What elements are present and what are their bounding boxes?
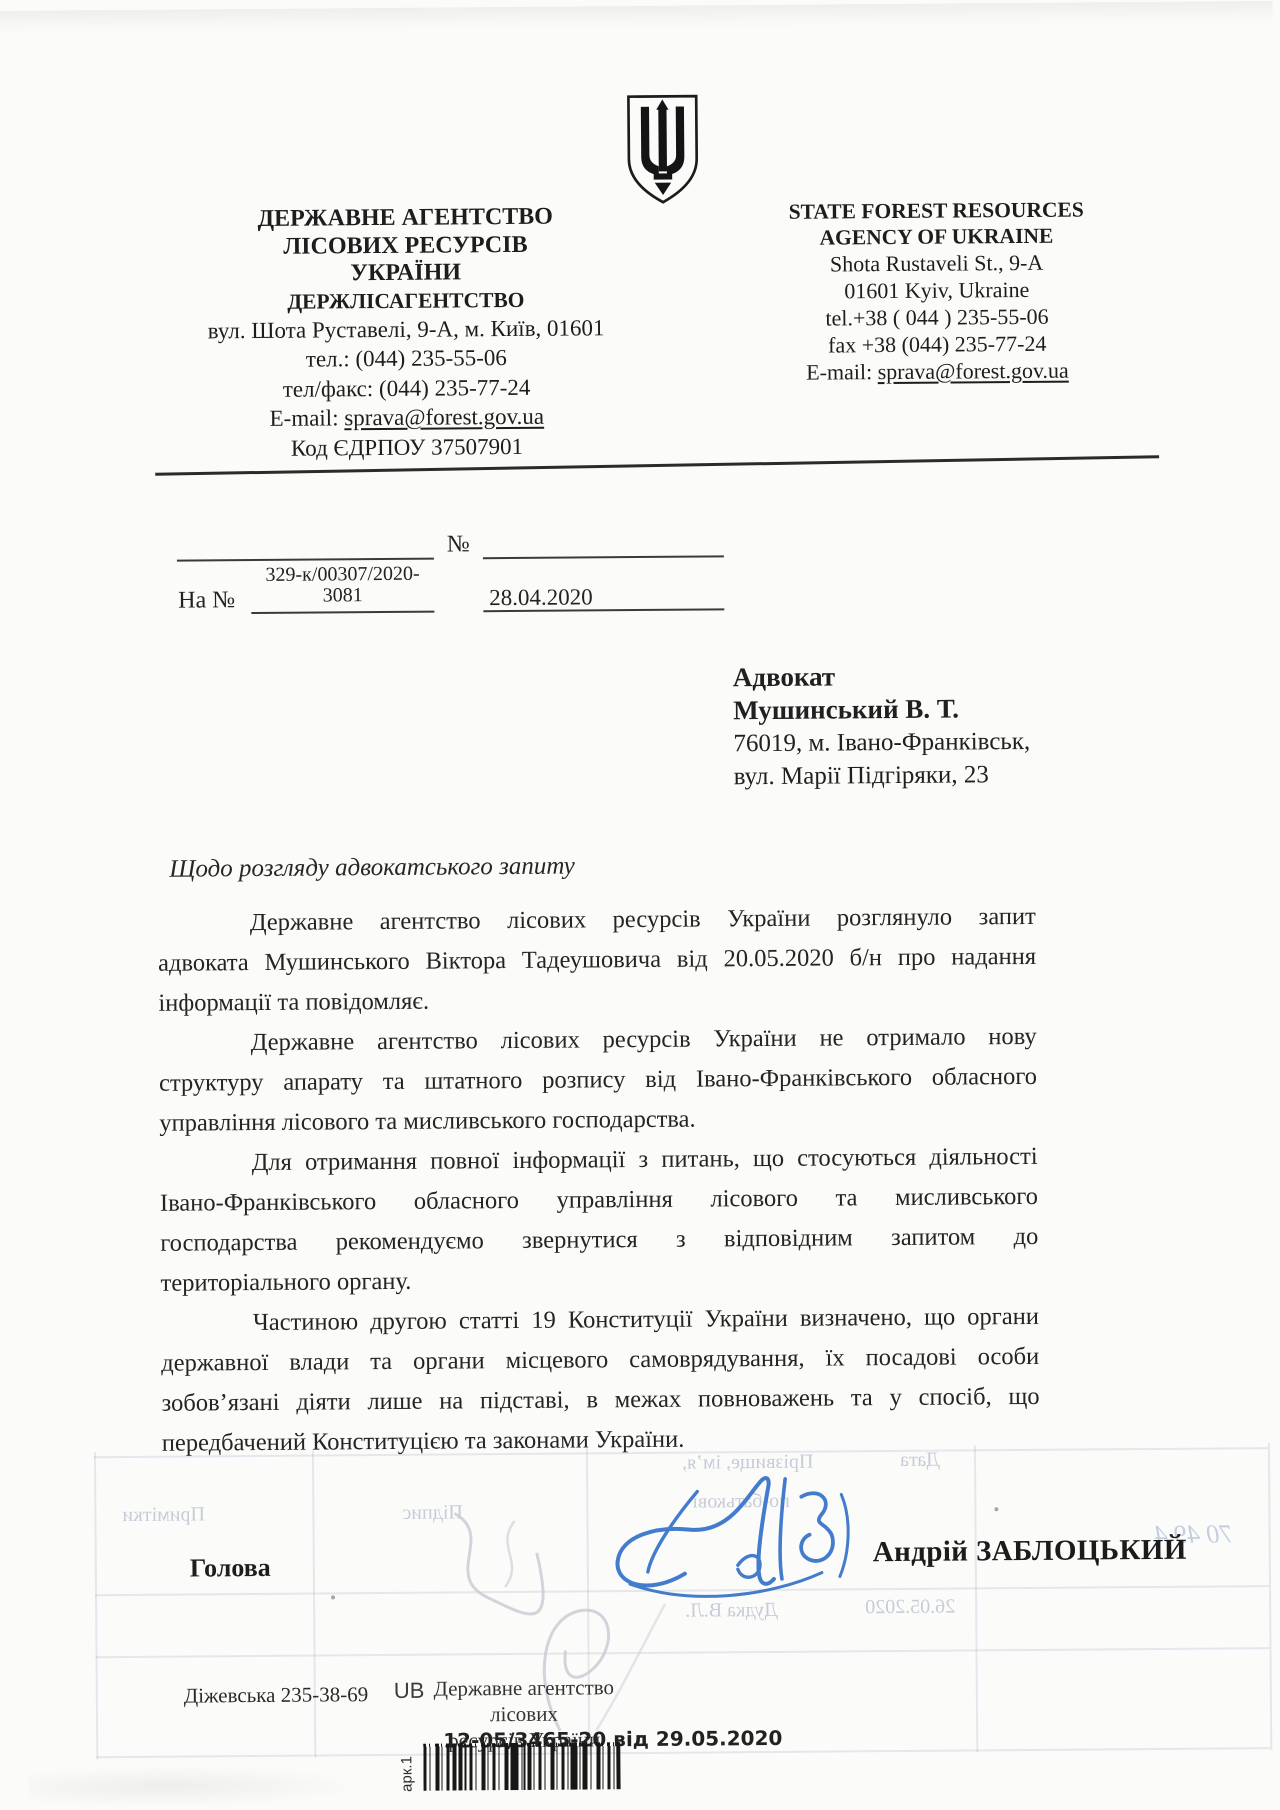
org-name-ua: ЛІСОВИХ РЕСУРСІВ: [159, 230, 651, 261]
registration-stamp-code: UB: [394, 1678, 425, 1704]
org-name-en: STATE FOREST RESOURCES: [736, 196, 1136, 225]
incoming-ref-number: 329-к/00307/2020- 3081: [251, 564, 434, 607]
bleedthrough-grid-line: [312, 1451, 316, 1758]
body-line: структуру апарату та штатного розпису ві…: [159, 1057, 1037, 1104]
org-phone-en: tel.+38 ( 044 ) 235-55-06: [737, 302, 1137, 332]
email-label: E-mail:: [806, 359, 878, 385]
incoming-ref-label: На №: [178, 587, 235, 614]
body-line: державної влади та органи місцевого само…: [161, 1337, 1039, 1384]
outgoing-date-blank-line: [483, 555, 724, 559]
letter-body: Державне агентство лісових ресурсів Укра…: [158, 897, 1040, 1464]
body-line: зобов’язані діяти лише на підставі, в ме…: [161, 1377, 1039, 1424]
org-phone-ua: тел.: (044) 235-55-06: [160, 342, 652, 375]
org-fax-ua: тел/факс: (044) 235-77-24: [160, 371, 652, 404]
number-sign-label: №: [447, 531, 470, 558]
addressee-address: 76019, м. Івано-Франківськ,: [733, 725, 1030, 760]
incoming-ref-date: 28.04.2020: [489, 584, 593, 611]
bleedthrough-grid-line: [1268, 1443, 1272, 1750]
outgoing-number-blank-line: [177, 558, 434, 562]
incoming-ref-number-line1: 329-к/00307/2020-: [251, 564, 434, 586]
bleedthrough-grid-line: [94, 1452, 98, 1759]
addressee-name: Мушинський В. Т.: [733, 692, 1030, 727]
bleedthrough-text: Примітки: [122, 1503, 205, 1527]
handwritten-signature: [589, 1460, 880, 1617]
body-line: Для отримання повної інформації з питань…: [160, 1137, 1038, 1184]
org-fax-en: fax +38 (044) 235-77-24: [737, 329, 1137, 359]
executor-name-phone: Діжевська 235-38-69: [184, 1682, 369, 1708]
incoming-number-line: [251, 611, 434, 614]
org-name-en: AGENCY OF UKRAINE: [736, 222, 1136, 251]
scan-artifact: [0, 1, 1273, 35]
scan-artifact: [28, 1764, 368, 1809]
sender-block-ua: ДЕРЖАВНЕ АГЕНТСТВО ЛІСОВИХ РЕСУРСІВ УКРА…: [159, 203, 653, 464]
ukraine-trident-shield-icon: [624, 92, 701, 209]
incoming-ref-number-line2: 3081: [251, 585, 434, 607]
scan-artifact: [994, 1507, 998, 1511]
org-address-en: 01601 Kyiv, Ukraine: [737, 275, 1137, 305]
signer-title: Голова: [190, 1553, 271, 1584]
body-line: адвоката Мушинського Віктора Тадеушовича…: [158, 937, 1036, 984]
addressee-address: вул. Марії Підгіряки, 23: [734, 758, 1031, 793]
body-line: управління лісового та мисливського госп…: [159, 1097, 1037, 1144]
email-label: E-mail:: [269, 405, 344, 431]
org-address-ua: вул. Шота Руставелі, 9-А, м. Київ, 01601: [160, 312, 652, 345]
org-email-en: E-mail: sprava@forest.gov.ua: [737, 356, 1137, 386]
body-line: Державне агентство лісових ресурсів Укра…: [158, 897, 1036, 944]
body-line: інформації та повідомляє.: [158, 977, 1036, 1024]
body-line: Івано-Франківського обласного управління…: [160, 1177, 1038, 1224]
body-line: господарства рекомендуємо звернутися з в…: [160, 1217, 1038, 1264]
addressee-role: Адвокат: [733, 659, 1030, 694]
signer-name: Андрій ЗАБЛОЦЬКИЙ: [873, 1534, 1187, 1569]
scan-artifact: [331, 1595, 335, 1599]
body-line: територіального органу.: [160, 1257, 1038, 1304]
org-name-ua: ДЕРЖАВНЕ АГЕНТСТВО: [159, 203, 651, 234]
org-email-ua: E-mail: sprava@forest.gov.ua: [161, 401, 653, 434]
subject-line: Щодо розгляду адвокатського запиту: [169, 853, 575, 884]
sheet-count-label: арк.1: [398, 1744, 415, 1792]
org-short-name: ДЕРЖЛІСАГЕНТСТВО: [160, 285, 652, 316]
email-address: sprava@forest.gov.ua: [878, 358, 1069, 385]
sender-block-en: STATE FOREST RESOURCES AGENCY OF UKRAINE…: [736, 196, 1137, 386]
org-address-en: Shota Rustaveli St., 9-A: [737, 248, 1137, 278]
bleedthrough-text: Дата: [900, 1449, 940, 1472]
body-line: Державне агентство лісових ресурсів Укра…: [159, 1017, 1037, 1064]
registration-barcode: [423, 1742, 620, 1791]
scanned-letter-page: ДЕРЖАВНЕ АГЕНТСТВО ЛІСОВИХ РЕСУРСІВ УКРА…: [0, 0, 1280, 1810]
registration-stamp-org-line: Державне агентство лісових: [426, 1674, 622, 1728]
org-name-ua: УКРАЇНИ: [160, 258, 652, 289]
email-address: sprava@forest.gov.ua: [344, 404, 544, 431]
body-line: Частиною другою статті 19 Конституції Ук…: [161, 1297, 1039, 1344]
bleedthrough-grid-line: [974, 1445, 978, 1752]
addressee-block: Адвокат Мушинський В. Т. 76019, м. Івано…: [733, 659, 1031, 793]
org-edrpou-code: Код ЄДРПОУ 37507901: [161, 430, 653, 463]
